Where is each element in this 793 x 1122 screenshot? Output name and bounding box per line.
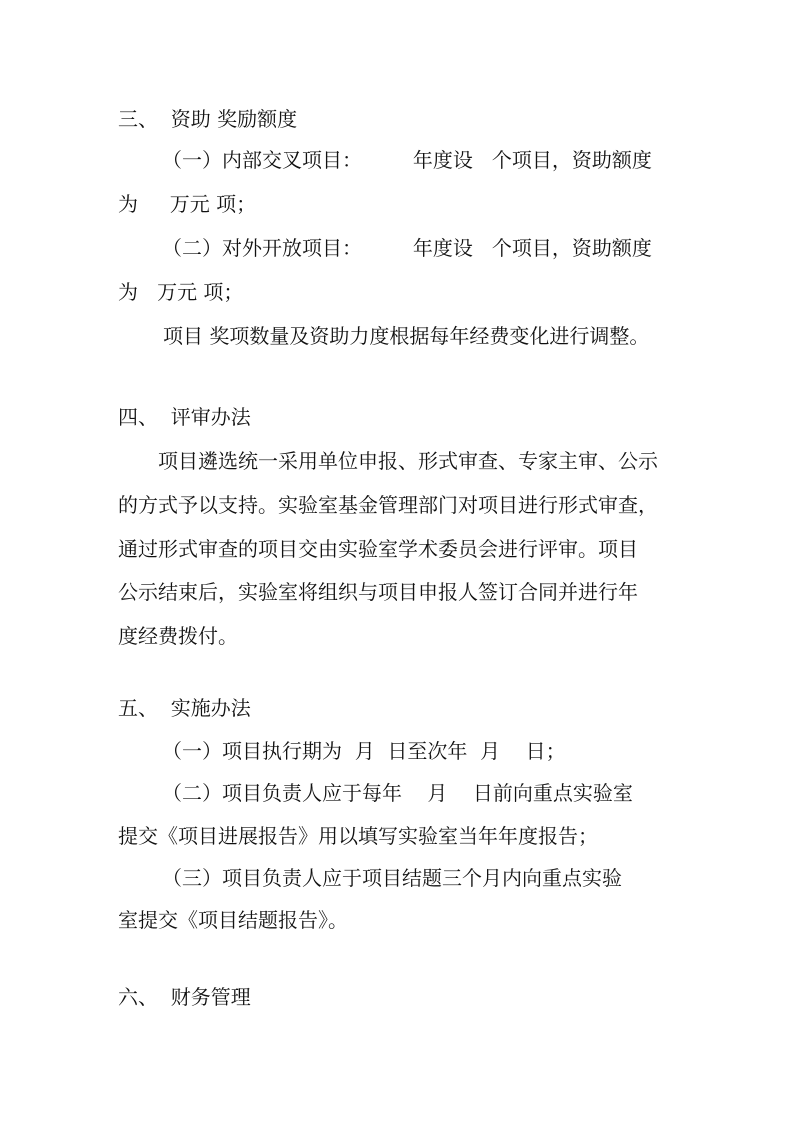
paragraph-line: （一）内部交叉项目： 年度设 个项目，资助额度 bbox=[162, 148, 652, 172]
section-heading-review: 四、 评审办法 bbox=[118, 405, 251, 429]
paragraph-line: 提交《项目进展报告》用以填写实验室当年年度报告； bbox=[118, 824, 598, 848]
section-heading-finance: 六、 财务管理 bbox=[118, 985, 251, 1009]
paragraph-line: （一）项目执行期为 月 日至次年 月 日； bbox=[162, 739, 566, 763]
section-heading-funding: 三、 资助 奖励额度 bbox=[118, 107, 297, 131]
paragraph-line: 为 万元 项； bbox=[118, 280, 243, 304]
paragraph-line: 通过形式审查的项目交由实验室学术委员会进行评审。项目 bbox=[118, 537, 638, 561]
paragraph-line: 度经费拨付。 bbox=[118, 624, 238, 648]
paragraph-line: 为 万元 项； bbox=[118, 192, 256, 216]
paragraph-line: 项目 奖项数量及资助力度根据每年经费变化进行调整。 bbox=[163, 324, 649, 348]
paragraph-line: （二）项目负责人应于每年 月 日前向重点实验室 bbox=[162, 781, 633, 805]
section-heading-implementation: 五、 实施办法 bbox=[118, 696, 251, 720]
paragraph-line: 的方式予以支持。实验室基金管理部门对项目进行形式审查， bbox=[118, 493, 658, 517]
paragraph-line: 公示结束后，实验室将组织与项目申报人签订合同并进行年 bbox=[118, 580, 638, 604]
paragraph-line: （三）项目负责人应于项目结题三个月内向重点实验 bbox=[162, 866, 622, 890]
paragraph-line: 室提交《项目结题报告》。 bbox=[118, 908, 348, 932]
paragraph-line: （二）对外开放项目： 年度设 个项目，资助额度 bbox=[162, 236, 652, 260]
paragraph-line: 项目遴选统一采用单位申报、形式审查、专家主审、公示 bbox=[158, 449, 658, 473]
